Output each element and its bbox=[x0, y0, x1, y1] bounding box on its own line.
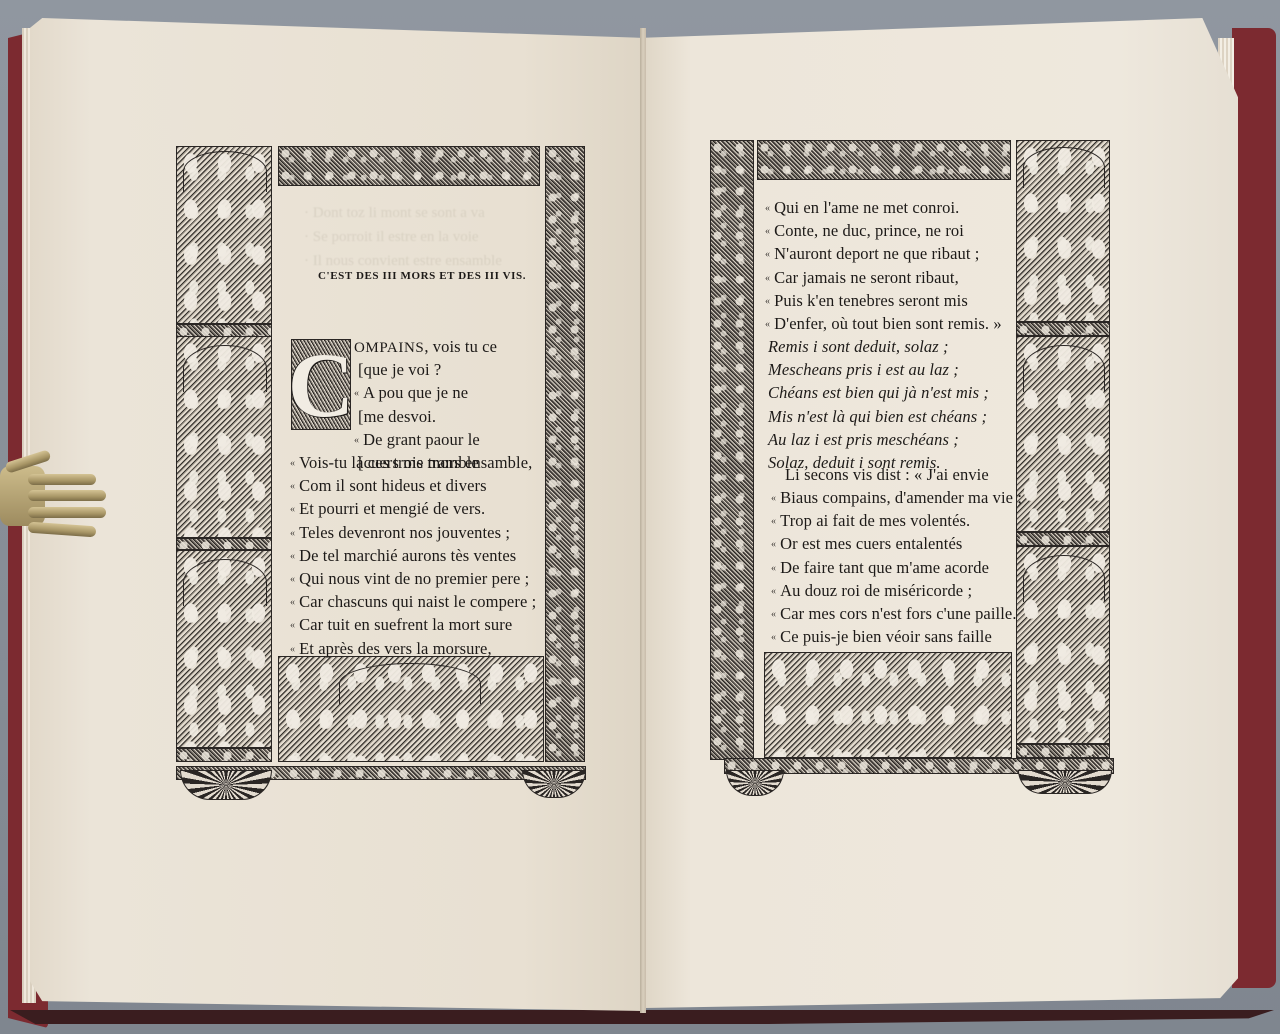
poem-title: C'EST DES III MORS ET DES III VIS. bbox=[318, 270, 526, 282]
quote-mark: « bbox=[765, 226, 770, 237]
arch-ornament bbox=[1023, 555, 1105, 602]
verse-text: Qui en l'ame ne met conroi. bbox=[774, 198, 959, 217]
quote-mark: « bbox=[771, 493, 776, 504]
verse-line: «Qui en l'ame ne met conroi. bbox=[765, 196, 1002, 219]
quote-mark: « bbox=[290, 597, 295, 608]
book-gutter bbox=[640, 28, 646, 1013]
quote-mark: « bbox=[290, 551, 295, 562]
quote-mark: « bbox=[771, 632, 776, 643]
illuminated-drop-cap: C bbox=[291, 339, 351, 430]
verse-line: «Car chascuns qui naist le compere ; bbox=[290, 590, 536, 613]
verse-line: [que je voi ? bbox=[354, 358, 497, 381]
verse-text: De faire tant que m'ame acorde bbox=[780, 558, 989, 577]
verse-text: Au douz roi de miséricorde ; bbox=[780, 581, 972, 600]
verse-text: [que je voi ? bbox=[358, 360, 441, 379]
verse-text: Conte, ne duc, prince, ne roi bbox=[774, 221, 964, 240]
quote-mark: « bbox=[354, 435, 359, 446]
verse-text: Car mes cors n'est fors c'une paille. bbox=[780, 604, 1016, 623]
quote-mark: « bbox=[765, 319, 770, 330]
verse-line: «Vois-tu là ces trois mors ensamble, bbox=[290, 451, 536, 474]
verse-line: «Teles devenront nos jouventes ; bbox=[290, 521, 536, 544]
quote-mark: « bbox=[290, 644, 295, 655]
hand-finger bbox=[28, 507, 106, 518]
foliage-band bbox=[1016, 532, 1110, 546]
verse-text: Car jamais ne seront ribaut, bbox=[774, 268, 959, 287]
panel-skeleton-and-man bbox=[1016, 140, 1110, 322]
panel-skeleton-and-nun bbox=[176, 550, 272, 748]
panel-skeleton-and-king bbox=[176, 336, 272, 538]
verse-text: , vois tu ce bbox=[424, 337, 497, 356]
quote-mark: « bbox=[290, 458, 295, 469]
drop-cap-letter: C bbox=[288, 339, 354, 431]
verse-line: «Puis k'en tenebres seront mis bbox=[765, 289, 1002, 312]
verse-line: «Conte, ne duc, prince, ne roi bbox=[765, 219, 1002, 242]
panel-deathbed-and-scholar bbox=[764, 652, 1012, 758]
verse-line: «Biaus compains, d'amender ma vie ; bbox=[771, 486, 1022, 509]
verse-text: Qui nous vint de no premier pere ; bbox=[299, 569, 529, 588]
verse-text: De grant paour le bbox=[363, 430, 480, 449]
italic-verse-line: Mis n'est là qui bien est chéans ; bbox=[768, 405, 989, 428]
verse-block-left: «Vois-tu là ces trois mors ensamble, «Co… bbox=[290, 451, 536, 660]
foliage-band bbox=[176, 748, 272, 762]
verse-block-right-italic: Remis i sont deduit, solaz ; Mescheans p… bbox=[768, 335, 989, 474]
quote-mark: « bbox=[290, 620, 295, 631]
panel-skeleton-and-woman bbox=[176, 146, 272, 324]
verse-line: «Car tuit en suefrent la mort sure bbox=[290, 613, 536, 636]
show-through-text: · Se porroit il estre en la voie bbox=[304, 226, 479, 248]
quote-mark: « bbox=[771, 539, 776, 550]
verse-line: «De grant paour le bbox=[354, 428, 497, 451]
hand-finger bbox=[28, 474, 96, 485]
verse-line: «Trop ai fait de mes volentés. bbox=[771, 509, 1022, 532]
verse-line: «A pou que je ne bbox=[354, 381, 497, 404]
panel-skeleton-and-nun-with-shovel bbox=[1016, 336, 1110, 532]
verse-line: «Com il sont hideus et divers bbox=[290, 474, 536, 497]
verse-block-right-stanza-two: «Biaus compains, d'amender ma vie ; «Tro… bbox=[771, 486, 1022, 648]
arch-ornament bbox=[183, 151, 267, 192]
verse-text: Puis k'en tenebres seront mis bbox=[774, 291, 968, 310]
foliage-column bbox=[545, 146, 585, 762]
verse-text: Trop ai fait de mes volentés. bbox=[780, 511, 970, 530]
foliage-column-with-beasts bbox=[710, 140, 754, 760]
arch-ornament bbox=[183, 345, 267, 392]
verse-line: «Au douz roi de miséricorde ; bbox=[771, 579, 1022, 602]
verse-line: Li secons vis dist : « J'ai envie bbox=[785, 463, 989, 486]
verse-text: [me desvoi. bbox=[358, 407, 436, 426]
verse-text: A pou que je ne bbox=[363, 383, 468, 402]
arch-ornament bbox=[1023, 345, 1105, 392]
verse-text: Ce puis-je bien véoir sans faille bbox=[780, 627, 992, 646]
panel-skeleton-and-youth bbox=[1016, 546, 1110, 744]
rosette-ornament bbox=[1018, 770, 1112, 794]
arch-ornament bbox=[339, 663, 481, 704]
verse-line: [me desvoi. bbox=[354, 405, 497, 428]
quote-mark: « bbox=[354, 388, 359, 399]
quote-mark: « bbox=[771, 516, 776, 527]
quote-mark: « bbox=[771, 563, 776, 574]
top-frieze-beasts bbox=[757, 140, 1011, 180]
verse-text: Teles devenront nos jouventes ; bbox=[299, 523, 510, 542]
panel-entombment-scene bbox=[278, 656, 544, 762]
top-frieze-archer-and-beasts bbox=[278, 146, 540, 186]
verse-line: «Car mes cors n'est fors c'une paille. bbox=[771, 602, 1022, 625]
verse-line: «Car jamais ne seront ribaut, bbox=[765, 266, 1002, 289]
verse-text: D'enfer, où tout bien sont remis. » bbox=[774, 314, 1002, 333]
brass-hand-page-holder bbox=[0, 456, 120, 536]
arch-ornament bbox=[183, 559, 267, 606]
quote-mark: « bbox=[290, 528, 295, 539]
verse-text: Et après des vers la morsure, bbox=[299, 639, 492, 658]
verse-text: Or est mes cuers entalentés bbox=[780, 534, 962, 553]
show-through-text: · Dont toz li mont se sont a va bbox=[304, 202, 485, 224]
verse-line: «N'auront deport ne que ribaut ; bbox=[765, 242, 1002, 265]
verse-line: «D'enfer, où tout bien sont remis. » bbox=[765, 312, 1002, 335]
quote-mark: « bbox=[765, 296, 770, 307]
foliage-band bbox=[176, 538, 272, 550]
italic-verse-line: Au laz i est pris meschéans ; bbox=[768, 428, 989, 451]
verse-line: «Et pourri et mengié de vers. bbox=[290, 497, 536, 520]
quote-mark: « bbox=[765, 249, 770, 260]
quote-mark: « bbox=[290, 574, 295, 585]
verse-block-right-roman: «Qui en l'ame ne met conroi. «Conte, ne … bbox=[765, 196, 1002, 335]
italic-verse-line: Chéans est bien qui jà n'est mis ; bbox=[768, 381, 989, 404]
hand-finger bbox=[28, 522, 97, 538]
small-caps-word: OMPAINS bbox=[354, 340, 424, 356]
verse-line: «Or est mes cuers entalentés bbox=[771, 532, 1022, 555]
quote-mark: « bbox=[765, 273, 770, 284]
verse-text: Vois-tu là ces trois mors ensamble, bbox=[299, 453, 532, 472]
italic-verse-line: Remis i sont deduit, solaz ; bbox=[768, 335, 989, 358]
show-through-text: · Il nous convient estre ensamble bbox=[304, 250, 502, 272]
italic-verse-line: Mescheans pris i est au laz ; bbox=[768, 358, 989, 381]
quote-mark: « bbox=[765, 203, 770, 214]
arch-ornament bbox=[1023, 147, 1105, 188]
verse-line: «Ce puis-je bien véoir sans faille bbox=[771, 625, 1022, 648]
book-cover-right bbox=[1232, 28, 1276, 988]
hand-finger bbox=[28, 490, 106, 501]
verse-line: «De tel marchié aurons tès ventes bbox=[290, 544, 536, 567]
verse-text: Biaus compains, d'amender ma vie ; bbox=[780, 488, 1022, 507]
verse-text: De tel marchié aurons tès ventes bbox=[299, 546, 516, 565]
verse-text: Car chascuns qui naist le compere ; bbox=[299, 592, 536, 611]
verse-line: «De faire tant que m'ame acorde bbox=[771, 556, 1022, 579]
verse-text: N'auront deport ne que ribaut ; bbox=[774, 244, 979, 263]
foliage-band bbox=[1016, 322, 1110, 336]
verse-line: «Qui nous vint de no premier pere ; bbox=[290, 567, 536, 590]
verse-text: Car tuit en suefrent la mort sure bbox=[299, 615, 512, 634]
stanza-two-lead: Li secons vis dist : « J'ai envie bbox=[785, 463, 989, 486]
quote-mark: « bbox=[771, 586, 776, 597]
verse-text: Et pourri et mengié de vers. bbox=[299, 499, 485, 518]
verse-line: OMPAINS, vois tu ce bbox=[354, 335, 497, 358]
foliage-band bbox=[1016, 744, 1110, 758]
quote-mark: « bbox=[290, 504, 295, 515]
verse-text: Com il sont hideus et divers bbox=[299, 476, 487, 495]
verse-line: «Et après des vers la morsure, bbox=[290, 637, 536, 660]
quote-mark: « bbox=[290, 481, 295, 492]
quote-mark: « bbox=[771, 609, 776, 620]
